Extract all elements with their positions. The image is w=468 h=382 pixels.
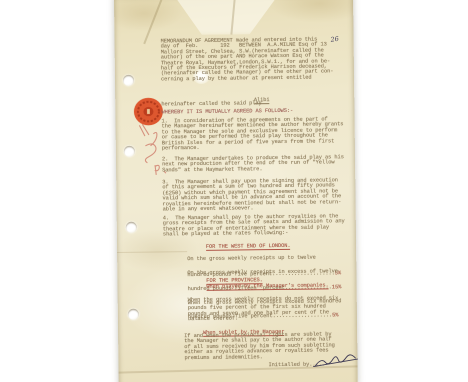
paper-fold-highlight (164, 0, 289, 35)
clause-4: 4. The Manager shall pay to the author r… (163, 214, 355, 238)
text-line: cerning a play by the author at present … (161, 75, 353, 83)
whereby-line: WHEREBY IT IS MUTUALLY AGREED AS FOLLOWS… (161, 109, 293, 116)
punch-hole (126, 222, 137, 233)
clause-2: 2. The Manager undertakes to produce the… (162, 155, 354, 174)
paper-crease (117, 251, 187, 253)
agreement-opening-paragraph: MEMORANDUM OF AGREEMENT made and entered… (161, 37, 354, 82)
clause-1: 1. In consideration of the agreements on… (162, 117, 354, 152)
text-line: shall be played at the rates following:- (163, 230, 355, 238)
punch-hole (123, 75, 134, 86)
text-line: Sands" at the Haymarket Theatre. (162, 166, 354, 174)
punch-hole (128, 309, 139, 320)
agreement-paper-sheet: MEMORANDUM OF AGREEMENT made and entered… (114, 0, 358, 382)
handwritten-day-mark: 26 (330, 35, 339, 44)
clause-3: 3. The Manager shall pay upon the signin… (162, 178, 354, 213)
schedule-provinces-tier-2: When the gross weekly receipts exceed si… (188, 299, 358, 323)
scanned-agreement-photo: MEMORANDUM OF AGREEMENT made and entered… (0, 0, 468, 382)
initials-signature-scrawl (311, 353, 359, 370)
